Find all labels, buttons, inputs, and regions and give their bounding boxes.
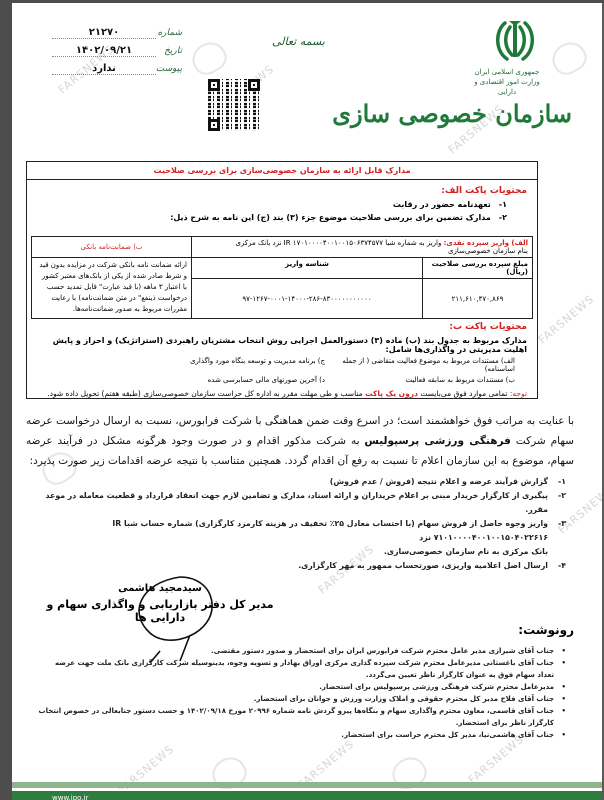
packet-b-heading: محتویات پاکت ب: [27,322,527,332]
packet-a-item: ۱- تعهدنامه حضور در رقابت [27,200,507,209]
cc-item: جناب آقای هاشمی‌نیا، مدیر کل محترم حراست… [36,729,566,741]
guarantee-header: ب) ضمانت‌نامه بانکی [32,237,192,258]
meta-number: شماره ۲۱۲۷۰ [52,27,182,45]
footer-website: www.ipo.ir [52,791,88,800]
iran-emblem-icon [493,17,537,65]
packet-a-item: ۲- مدارک تضمین برای بررسی صلاحیت موضوع ج… [27,213,507,222]
packet-note: توجه: تمامی موارد فوق می‌بایست درون یک پ… [27,389,527,398]
deposit-id: ۹۷-۱۲۶۷-۰۰۰۱-۱۴۰۰۰-۲۸۶-۸۳۰۰۰۰۰۰۰۰۰۰۰ [192,279,423,319]
requirements-box: مدارک قابل ارائه به سازمان خصوصی‌سازی بر… [26,161,538,399]
deposit-table: الف) واریز سپرده نقدی: واریز به شماره شب… [31,236,533,319]
cc-item: جناب آقای باغستانی مدیرعامل محترم شرکت س… [36,657,566,681]
action-item: ۱-گزارش فرآیند عرضه و اعلام نتیجه (فروش … [36,475,566,489]
guarantee-text: ارائه ضمانت نامه بانکی شرکت در مزایده بد… [32,258,192,319]
packet-a-heading: محتویات پاکت الف: [27,186,527,196]
watermark-logo [547,37,591,80]
meta-attachment: پیوست ندارد [52,63,182,81]
packet-b-title: مدارک مربوط به جدول بند (ب) ماده (۳) دست… [27,336,527,354]
cc-item: جناب آقای شیرازی مدیر عامل محترم شرکت فر… [36,645,566,657]
qr-code [208,79,260,131]
organization-name: سازمان خصوصی سازی [332,99,572,128]
cc-item: جناب آقای قاسمی، معاون محترم واگذاری سها… [36,705,566,729]
cc-heading: رونوشت: [518,623,574,637]
watermark-logo [187,37,231,80]
action-item-continuation: بانک مرکزی به نام سازمان خصوصی‌سازی. [36,545,566,559]
letter-footer: www.ipo.ir [12,791,602,800]
deposit-amount: ۲۱۱,۶۱۰,۴۷۰,۸۶۹ [423,279,533,319]
document-page: FARSNEWS FARSNEWS FARSNEWS FARSNEWS FARS… [12,3,602,800]
action-item: ۲-پیگیری از کارگزار خریدار مبنی بر اعلام… [36,489,566,517]
action-list: ۱-گزارش فرآیند عرضه و اعلام نتیجه (فروش … [36,475,566,573]
packet-b-items: الف) مستندات مربوط به موضوع فعالیت متقاض… [27,357,515,384]
cc-item: مدیرعامل محترم شرکت فرهنگی ورزشی پرسپولی… [36,681,566,693]
signature-block: سیدمجید هاشمی مدیر کل دفتر بازاریابی و و… [40,583,280,624]
packet-b-section: محتویات پاکت ب: مدارک مربوط به جدول بند … [27,322,537,398]
footer-band [12,782,602,788]
col-id-header: شناسه واریز [192,258,423,279]
ministry-heading: جمهوری اسلامی ایران وزارت امور اقتصادی و… [467,67,547,97]
cash-deposit-cell: الف) واریز سپرده نقدی: واریز به شماره شب… [192,237,533,258]
cc-list: جناب آقای شیرازی مدیر عامل محترم شرکت فر… [36,645,566,741]
viewer-frame-left [0,0,12,800]
letter-meta: شماره ۲۱۲۷۰ تاریخ ۱۴۰۲/۰۹/۲۱ پیوست ندارد [52,27,182,81]
box-title: مدارک قابل ارائه به سازمان خصوصی‌سازی بر… [27,162,537,180]
letter-body: با عنایت به مراتب فوق خواهشمند است؛ در ا… [26,411,574,471]
watermark: FARSNEWS [536,293,597,347]
action-item: ۴-ارسال اصل اعلامیه واریزی، صورتحساب ممه… [36,559,566,573]
col-amount-header: مبلغ سپرده بررسی صلاحیت (ریال) [423,258,533,279]
gov-line-1: جمهوری اسلامی ایران [467,67,547,77]
gov-line-2: وزارت امور اقتصادی و دارایی [467,77,547,97]
meta-date: تاریخ ۱۴۰۲/۰۹/۲۱ [52,45,182,63]
bismillah-heading: بسمه تعالی [272,35,325,48]
cc-item: جناب آقای فلاح مدیر کل محترم حقوقی و امل… [36,693,566,705]
action-item: ۳-واریز وجوه حاصل از فروش سهام (با احتسا… [36,517,566,545]
